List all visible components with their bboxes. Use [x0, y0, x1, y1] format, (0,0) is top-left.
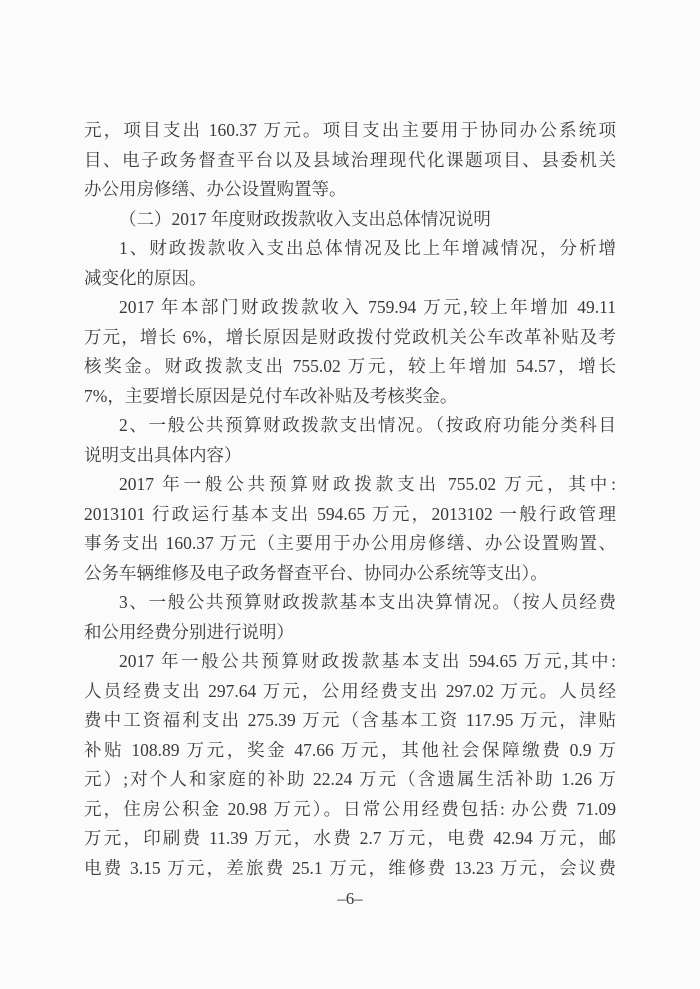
text-line: 费中工资福利支出 275.39 万元（含基本工资 117.95 万元，津贴: [84, 706, 616, 736]
text-line: 人员经费支出 297.64 万元，公用经费支出 297.02 万元。人员经: [84, 677, 616, 707]
text-line: 和公用经费分别进行说明）: [84, 618, 616, 648]
page-footer: –6–: [0, 884, 700, 913]
text-line: 万元，印刷费 11.39 万元，水费 2.7 万元，电费 42.94 万元，邮: [84, 824, 616, 854]
text-line: 事务支出 160.37 万元（主要用于办公用房修缮、办公设置购置、: [84, 529, 616, 559]
text-line: 说明支出具体内容）: [84, 441, 616, 471]
text-line: 办公用房修缮、办公设置购置等。: [84, 175, 616, 205]
text-line: 2017 年一般公共预算财政拨款支出 755.02 万元，其中:: [84, 470, 616, 500]
text-line: 元，住房公积金 20.98 万元）。日常公用经费包括: 办公费 71.09: [84, 795, 616, 825]
text-line: 7%，主要增长原因是兑付车改补贴及考核奖金。: [84, 382, 616, 412]
text-line: （二）2017 年度财政拨款收入支出总体情况说明: [84, 205, 616, 235]
text-line: 2013101 行政运行基本支出 594.65 万元，2013102 一般行政管…: [84, 500, 616, 530]
text-line: 减变化的原因。: [84, 264, 616, 294]
text-line: 2017 年本部门财政拨款收入 759.94 万元,较上年增加 49.11: [84, 293, 616, 323]
text-line: 电费 3.15 万元，差旅费 25.1 万元，维修费 13.23 万元，会议费: [84, 854, 616, 884]
text-line: 核奖金。财政拨款支出 755.02 万元，较上年增加 54.57，增长: [84, 352, 616, 382]
page-number: –6–: [337, 889, 363, 908]
document-page: 元，项目支出 160.37 万元。项目支出主要用于协同办公系统项目、电子政务督查…: [0, 0, 700, 989]
document-body: 元，项目支出 160.37 万元。项目支出主要用于协同办公系统项目、电子政务督查…: [84, 116, 616, 883]
text-line: 3、一般公共预算财政拨款基本支出决算情况。（按人员经费: [84, 588, 616, 618]
text-line: 公务车辆维修及电子政务督查平台、协同办公系统等支出）。: [84, 559, 616, 589]
text-line: 目、电子政务督查平台以及县域治理现代化课题项目、县委机关: [84, 146, 616, 176]
text-line: 2、一般公共预算财政拨款支出情况。（按政府功能分类科目: [84, 411, 616, 441]
text-line: 1、财政拨款收入支出总体情况及比上年增减情况，分析增: [84, 234, 616, 264]
text-line: 2017 年一般公共预算财政拨款基本支出 594.65 万元,其中:: [84, 647, 616, 677]
text-line: 万元，增长 6%，增长原因是财政拨付党政机关公车改革补贴及考: [84, 323, 616, 353]
text-line: 补贴 108.89 万元，奖金 47.66 万元，其他社会保障缴费 0.9 万: [84, 736, 616, 766]
text-line: 元，项目支出 160.37 万元。项目支出主要用于协同办公系统项: [84, 116, 616, 146]
text-line: 元）;对个人和家庭的补助 22.24 万元（含遗属生活补助 1.26 万: [84, 765, 616, 795]
